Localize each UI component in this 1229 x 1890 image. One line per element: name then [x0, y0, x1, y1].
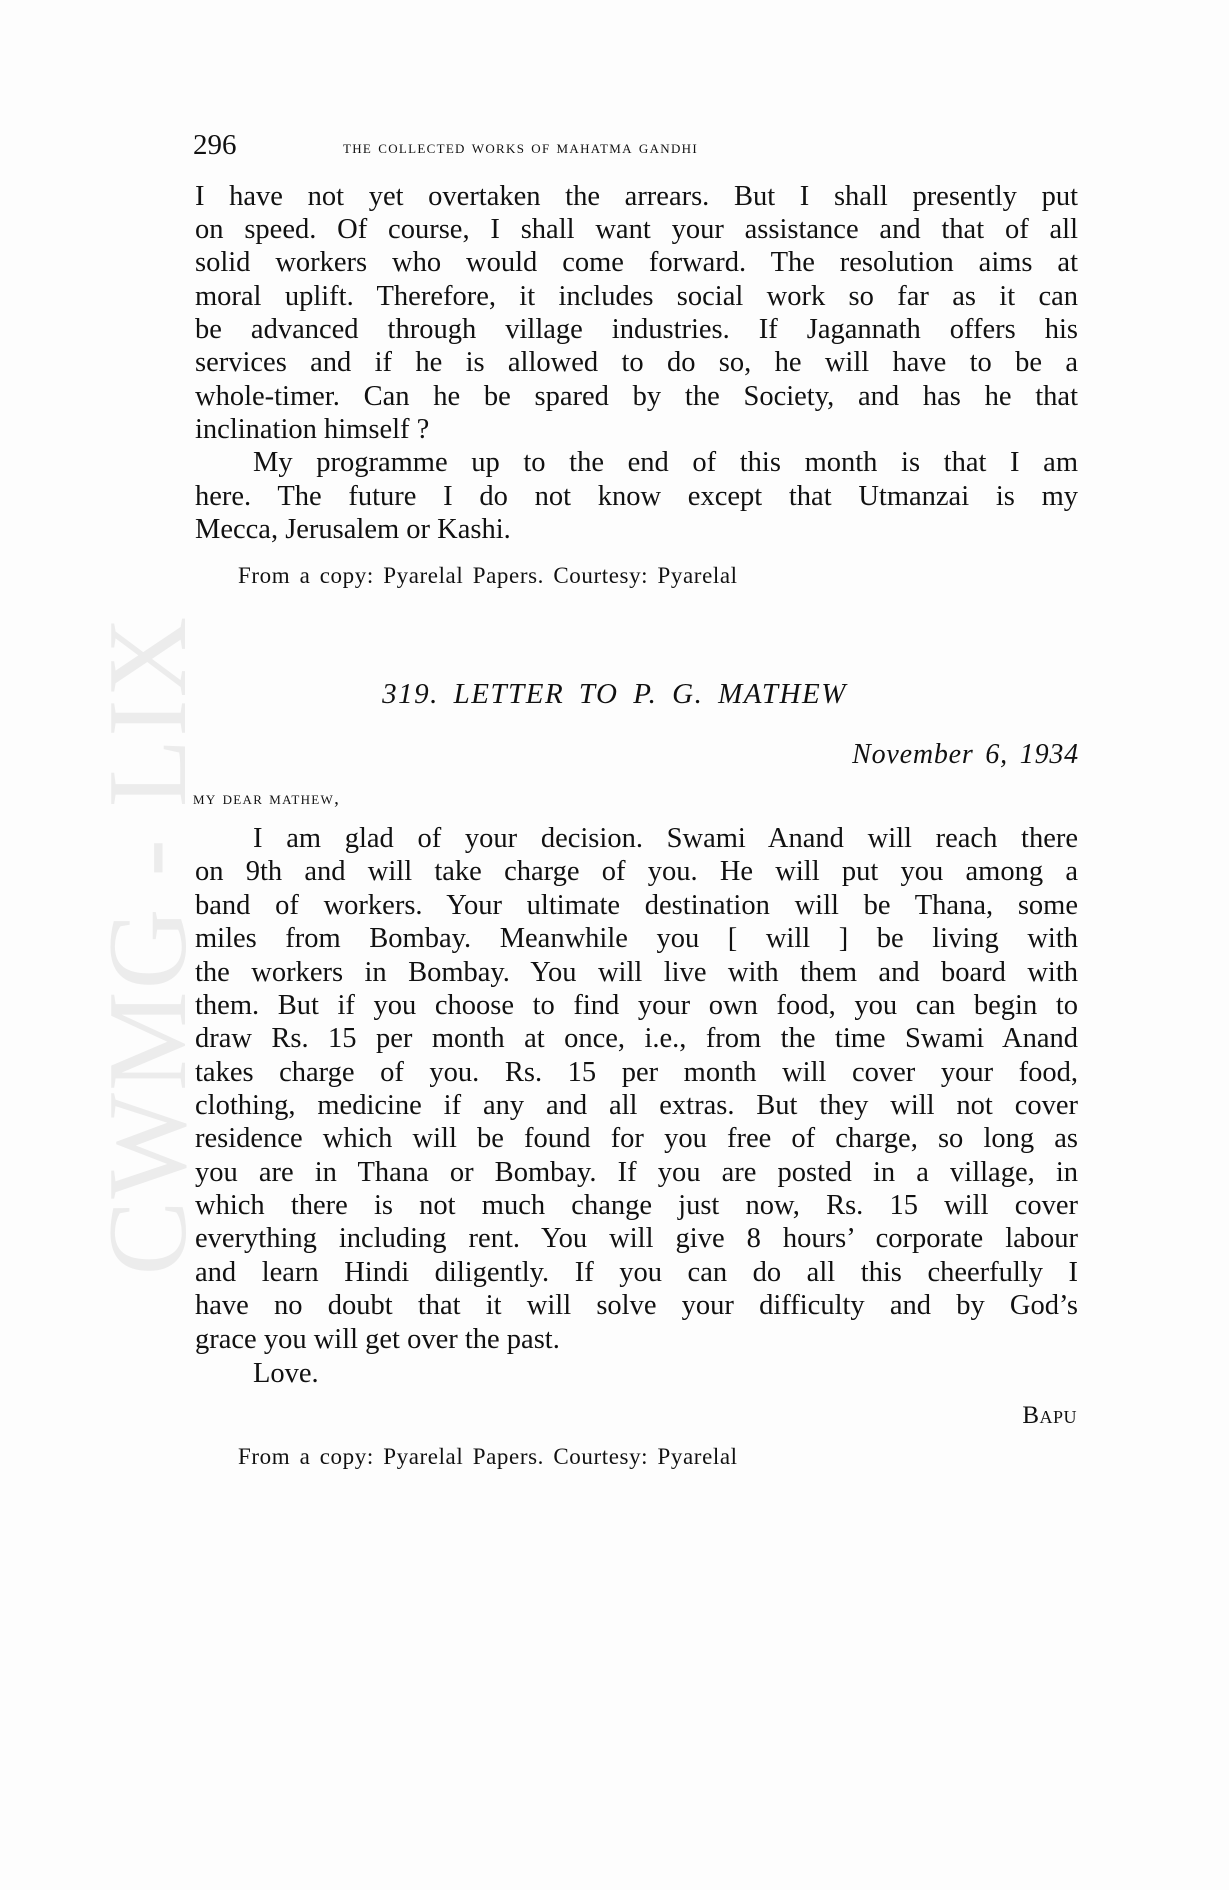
- text-line: band of workers. Your ultimate destinati…: [195, 889, 1078, 923]
- text-line: I have not yet overtaken the arrears. Bu…: [195, 180, 1078, 214]
- text-line: whole-timer. Can he be spared by the Soc…: [195, 380, 1078, 414]
- text-line: moral uplift. Therefore, it includes soc…: [195, 280, 1078, 314]
- text-line: grace you will get over the past.: [195, 1323, 1078, 1357]
- text-line: here. The future I do not know except th…: [195, 480, 1078, 514]
- source-note: From a copy: Pyarelal Papers. Courtesy: …: [238, 562, 738, 590]
- text-line: My programme up to the end of this month…: [253, 446, 1078, 480]
- text-line: Mecca, Jerusalem or Kashi.: [195, 513, 1078, 547]
- text-line: miles from Bombay. Meanwhile you [ will …: [195, 922, 1078, 956]
- text-line: solid workers who would come forward. Th…: [195, 246, 1078, 280]
- running-head: THE COLLECTED WORKS OF MAHATMA GANDHI: [343, 136, 698, 160]
- letter-date: November 6, 1934: [852, 738, 1079, 772]
- letter-signature: Bapu: [1022, 1401, 1077, 1431]
- text-line: draw Rs. 15 per month at once, i.e., fro…: [195, 1022, 1078, 1056]
- text-line: I am glad of your decision. Swami Anand …: [253, 822, 1078, 856]
- letter-salutation: MY DEAR MATHEW,: [193, 787, 340, 811]
- text-line: the workers in Bombay. You will live wit…: [195, 956, 1078, 990]
- text-line: be advanced through village industries. …: [195, 313, 1078, 347]
- text-line: which there is not much change just now,…: [195, 1189, 1078, 1223]
- text-line: on speed. Of course, I shall want your a…: [195, 213, 1078, 247]
- text-line: inclination himself ?: [195, 413, 1078, 447]
- text-line: them. But if you choose to find your own…: [195, 989, 1078, 1023]
- text-line: clothing, medicine if any and all extras…: [195, 1089, 1078, 1123]
- watermark: CWMG - LIX: [92, 615, 204, 1276]
- text-line: and learn Hindi diligently. If you can d…: [195, 1256, 1078, 1290]
- letter-heading: 319. LETTER TO P. G. MATHEW: [0, 676, 1229, 712]
- text-line: everything including rent. You will give…: [195, 1222, 1078, 1256]
- letter-closing: Love.: [253, 1357, 319, 1391]
- text-line: on 9th and will take charge of you. He w…: [195, 855, 1078, 889]
- source-note: From a copy: Pyarelal Papers. Courtesy: …: [238, 1443, 738, 1471]
- text-line: you are in Thana or Bombay. If you are p…: [195, 1156, 1078, 1190]
- text-line: residence which will be found for you fr…: [195, 1122, 1078, 1156]
- text-line: takes charge of you. Rs. 15 per month wi…: [195, 1056, 1078, 1090]
- text-line: have no doubt that it will solve your di…: [195, 1289, 1078, 1323]
- page-number: 296: [193, 128, 237, 162]
- text-line: services and if he is allowed to do so, …: [195, 346, 1078, 380]
